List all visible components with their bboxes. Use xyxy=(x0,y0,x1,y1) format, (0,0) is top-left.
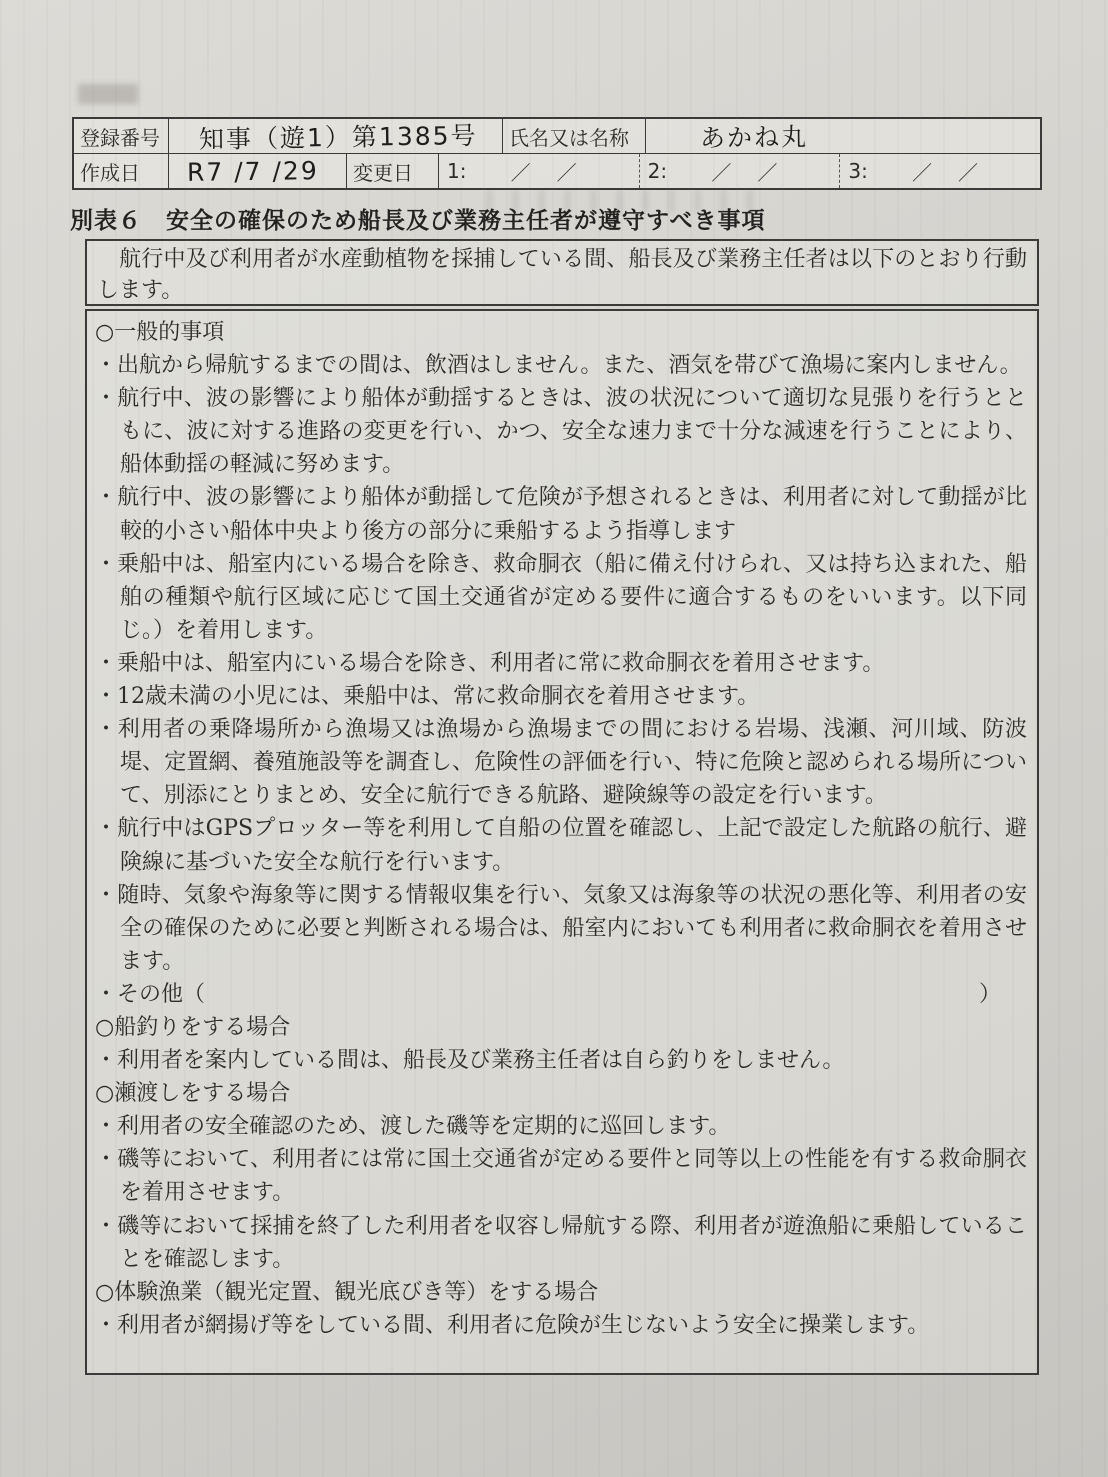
intro-box: 航行中及び利用者が水産動植物を採捕している間、船長及び業務主任者は以下のとおり行… xyxy=(85,239,1039,306)
rule-text: ・乗船中は、船室内にいる場合を除き、救命胴衣（船に備え付けられ、又は持ち込まれた… xyxy=(95,552,1027,643)
change-date-slot-2: 2: ／／ xyxy=(639,154,840,188)
change-date-label: 変更日 xyxy=(346,154,438,188)
rules-box: ○一般的事項・出航から帰航するまでの間は、飲酒はしません。また、酒気を帯びて漁場… xyxy=(85,309,1039,1375)
rule-text: ・乗船中は、船室内にいる場合を除き、利用者に常に救命胴衣を着用させます。 xyxy=(95,651,884,676)
rule-section-heading: ○船釣りをする場合 xyxy=(95,1011,1027,1044)
registration-header-table: 登録番号 知事（遊1）第1385号 氏名又は名称 あかね丸 作成日 R7 /7 … xyxy=(72,117,1042,190)
change-slot-prefix: 3: xyxy=(848,159,867,183)
rule-text: ○一般的事項 xyxy=(95,320,224,345)
rule-text: ・その他（ xyxy=(95,978,205,1011)
name-value-cell: あかね丸 xyxy=(645,119,1040,153)
name-label: 氏名又は名称 xyxy=(502,119,645,153)
registration-number-value-cell: 知事（遊1）第1385号 xyxy=(168,119,502,153)
vessel-name-handwritten: あかね丸 xyxy=(700,119,809,153)
rule-section-heading: ○一般的事項 xyxy=(95,316,1027,349)
rule-text: ・利用者の乗降場所から漁場又は漁場から漁場までの間における岩場、浅瀬、河川域、防… xyxy=(95,717,1027,808)
rule-text: ・出航から帰航するまでの間は、飲酒はしません。また、酒気を帯びて漁場に案内しませ… xyxy=(95,353,1022,378)
rule-item: ・利用者の安全確認のため、渡した磯等を定期的に巡回します。 xyxy=(95,1110,1027,1143)
rule-text: ・利用者が網揚げ等をしている間、利用者に危険が生じないよう安全に操業します。 xyxy=(95,1313,929,1338)
date-slash-placeholders: ／／ xyxy=(912,157,1004,186)
rule-item: ・利用者が網揚げ等をしている間、利用者に危険が生じないよう安全に操業します。 xyxy=(95,1309,1027,1342)
change-slot-prefix: 2: xyxy=(648,159,667,183)
rule-item: ・利用者の乗降場所から漁場又は漁場から漁場までの間における岩場、浅瀬、河川域、防… xyxy=(95,713,1027,812)
rule-item: ・その他（） xyxy=(95,978,1027,1011)
rule-section-heading: ○瀬渡しをする場合 xyxy=(95,1077,1027,1110)
intro-text: 航行中及び利用者が水産動植物を採捕している間、船長及び業務主任者は以下のとおり行… xyxy=(97,244,1027,306)
rule-section-heading: ○体験漁業（観光定置、観光底びき等）をする場合 xyxy=(95,1276,1027,1309)
rule-text: ○瀬渡しをする場合 xyxy=(95,1081,290,1106)
rule-text: ・航行中、波の影響により船体が動揺するときは、波の状況について適切な見張りを行う… xyxy=(95,386,1027,477)
rule-item: ・乗船中は、船室内にいる場合を除き、救命胴衣（船に備え付けられ、又は持ち込まれた… xyxy=(95,548,1027,647)
rule-text: ・磯等において採捕を終了した利用者を収容し帰航する際、利用者が遊漁船に乗船してい… xyxy=(95,1214,1027,1272)
paren-close: ） xyxy=(979,978,1001,1011)
rule-text: ・磯等において、利用者には常に国土交通省が定める要件と同等以上の性能を有する救命… xyxy=(95,1147,1027,1205)
rule-item: ・航行中、波の影響により船体が動揺するときは、波の状況について適切な見張りを行う… xyxy=(95,382,1027,481)
header-row-2: 作成日 R7 /7 /29 変更日 1: ／／ 2: ／／ 3: ／／ xyxy=(74,153,1040,188)
rule-text: ・随時、気象や海象等に関する情報収集を行い、気象又は海象等の状況の悪化等、利用者… xyxy=(95,883,1027,974)
rule-text: ・航行中はGPSプロッター等を利用して自船の位置を確認し、上記で設定した航路の航… xyxy=(95,816,1027,874)
header-row-1: 登録番号 知事（遊1）第1385号 氏名又は名称 あかね丸 xyxy=(74,119,1040,153)
rule-item: ・随時、気象や海象等に関する情報収集を行い、気象又は海象等の状況の悪化等、利用者… xyxy=(95,879,1027,978)
rule-item: ・磯等において、利用者には常に国土交通省が定める要件と同等以上の性能を有する救命… xyxy=(95,1143,1027,1209)
rule-item: ・乗船中は、船室内にいる場合を除き、利用者に常に救命胴衣を着用させます。 xyxy=(95,647,1027,680)
rule-item: ・12歳未満の小児には、乗船中は、常に救命胴衣を着用させます。 xyxy=(95,680,1027,713)
rule-text: ・航行中、波の影響により船体が動揺して危険が予想されるときは、利用者に対して動揺… xyxy=(95,485,1027,543)
scan-artifact xyxy=(78,84,138,104)
date-slash-placeholders: ／／ xyxy=(511,157,603,186)
page-title: 別表６ 安全の確保のため船長及び業務主任者が遵守すべき事項 xyxy=(70,202,1050,235)
rules-list: ○一般的事項・出航から帰航するまでの間は、飲酒はしません。また、酒気を帯びて漁場… xyxy=(95,316,1027,1342)
rule-text: ・12歳未満の小児には、乗船中は、常に救命胴衣を着用させます。 xyxy=(95,684,759,709)
scanned-document-page: 登録番号 知事（遊1）第1385号 氏名又は名称 あかね丸 作成日 R7 /7 … xyxy=(0,0,1108,1477)
registration-number-handwritten: 知事（遊1）第1385号 xyxy=(199,119,478,153)
creation-date-label: 作成日 xyxy=(74,154,168,188)
change-date-slot-1: 1: ／／ xyxy=(438,154,639,188)
rule-text: ・利用者の安全確認のため、渡した磯等を定期的に巡回します。 xyxy=(95,1114,730,1139)
rule-item: ・航行中はGPSプロッター等を利用して自船の位置を確認し、上記で設定した航路の航… xyxy=(95,812,1027,878)
creation-date-value-cell: R7 /7 /29 xyxy=(168,154,346,188)
rule-text: ・利用者を案内している間は、船長及び業務主任者は自ら釣りをしません。 xyxy=(95,1048,844,1073)
registration-number-label: 登録番号 xyxy=(74,119,168,153)
change-slot-prefix: 1: xyxy=(447,159,466,183)
rule-item: ・航行中、波の影響により船体が動揺して危険が予想されるときは、利用者に対して動揺… xyxy=(95,481,1027,547)
date-slash-placeholders: ／／ xyxy=(711,157,803,186)
rule-item: ・利用者を案内している間は、船長及び業務主任者は自ら釣りをしません。 xyxy=(95,1044,1027,1077)
rule-text: ○体験漁業（観光定置、観光底びき等）をする場合 xyxy=(95,1280,598,1305)
change-date-slot-3: 3: ／／ xyxy=(839,154,1040,188)
creation-date-handwritten: R7 /7 /29 xyxy=(187,156,319,187)
rule-item: ・出航から帰航するまでの間は、飲酒はしません。また、酒気を帯びて漁場に案内しませ… xyxy=(95,349,1027,382)
rule-item: ・磯等において採捕を終了した利用者を収容し帰航する際、利用者が遊漁船に乗船してい… xyxy=(95,1210,1027,1276)
rule-text: ○船釣りをする場合 xyxy=(95,1015,290,1040)
